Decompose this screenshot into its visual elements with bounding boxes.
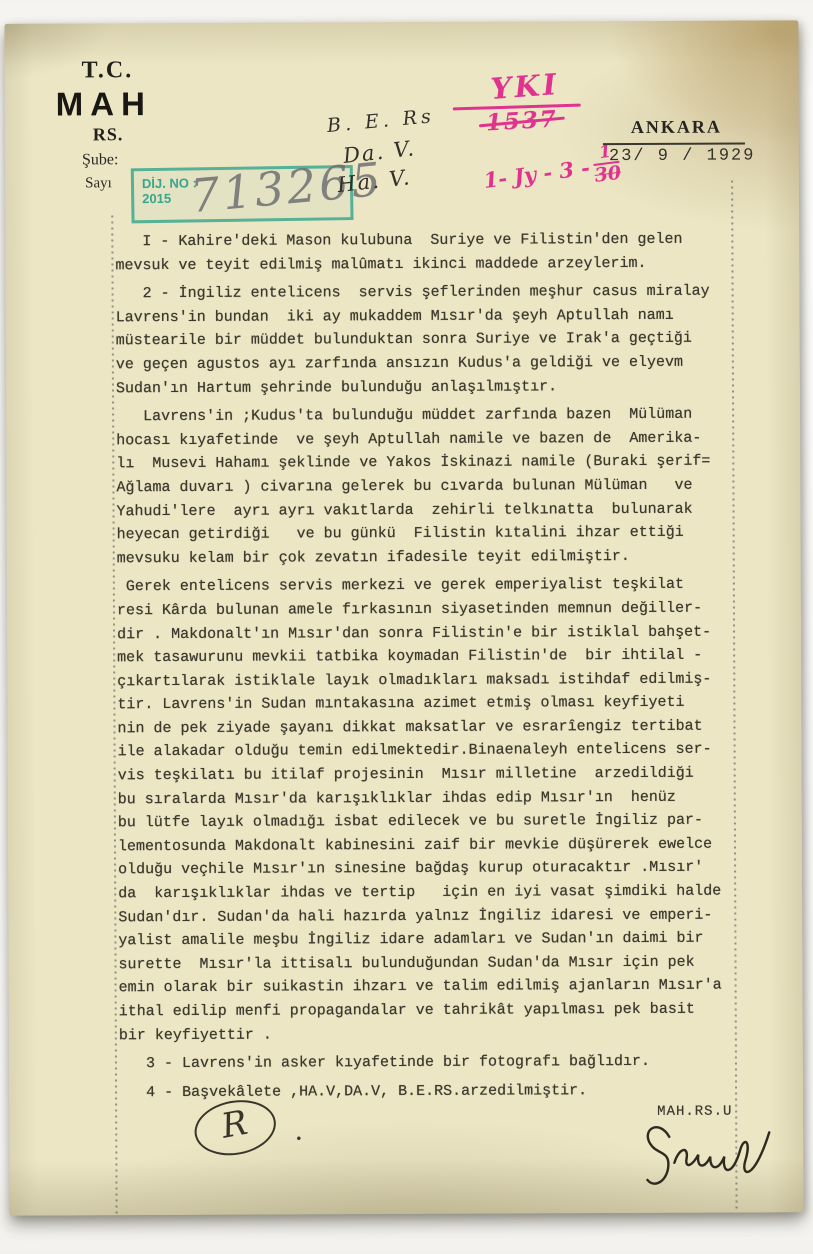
typed-line: Sudan'dır. Sudan'da hali hazırda yalnız … xyxy=(118,903,750,929)
sayi-label: Sayı xyxy=(85,175,112,192)
city-name: ANKARA xyxy=(631,117,722,138)
typed-line: ve geçen agustos ayı zarfında ansızın Ku… xyxy=(116,350,748,376)
typed-line: heyecan getirdiği ve bu günkü Filistin k… xyxy=(117,521,749,547)
typed-line: dir . Makdonalt'ın Mısır'dan sonra Filis… xyxy=(117,620,749,646)
typed-line: mevsuk ve teyit edilmiş malûmatı ikinci … xyxy=(115,251,747,277)
typed-line: da karışıklıklar ihdas ve tertip için en… xyxy=(118,880,750,906)
paraph-dot: . xyxy=(291,1113,304,1148)
typed-line: olduğu veçhile Mısır'ın sinesine bağdaş … xyxy=(118,856,750,882)
typed-line: lementosunda Makdonalt kabinesini zaif b… xyxy=(118,832,750,858)
city-rule xyxy=(603,143,745,146)
handwritten-signature xyxy=(637,1116,787,1197)
typed-line: yalist amalile meşbu İngiliz idare adaml… xyxy=(118,927,750,953)
typed-line: mek tasawurunu mevkii tatbika koymadan F… xyxy=(117,644,749,670)
typed-line: hocası kıyafetinde ve şeyh Aptullah nami… xyxy=(116,426,748,452)
typed-line: 3 - Lavrens'in asker kıyafetinde bir fot… xyxy=(119,1050,751,1076)
typed-line: müstearile bir müddet bulunduktan sonra … xyxy=(116,327,748,353)
body-lines: I - Kahire'deki Mason kulubuna Suriye ve… xyxy=(115,222,751,1104)
letterhead-tc: T.C. xyxy=(82,57,134,84)
stamp-year: 2015 xyxy=(142,191,171,206)
pink-reference: 1- Jy - 3 -130 xyxy=(481,143,622,200)
paraph-initial: R xyxy=(218,1103,250,1147)
typed-line: bir keyfiyettir . xyxy=(119,1021,751,1047)
typed-line: tir. Lavrens'in Sudan mıntakasına azimet… xyxy=(117,691,749,717)
typed-line: Sudan'ın Hartum şehrinde bulunduğu anlaş… xyxy=(116,374,748,400)
typed-line: resi Kârda bulunan amele fırkasının siya… xyxy=(117,596,749,622)
typed-line: surette Mısır'la ittisalı bulunduğundan … xyxy=(118,950,750,976)
typed-line: ile alakadar olduğu temin edilmektedir.B… xyxy=(118,738,750,764)
typed-line: Ağlama duvarı ) civarına gelerek bu cıva… xyxy=(116,473,748,499)
typed-line: emin olarak bir suikastin ihzarı ve tali… xyxy=(119,974,751,1000)
typed-line: çıkartılarak istiklale layık olmadıkları… xyxy=(117,667,749,693)
typed-line: 4 - Başvekâlete ,HA.V,DA.V, B.E.RS.arzed… xyxy=(119,1078,751,1104)
typed-line: lı Musevi Hahamı şeklinde ve Yakos İskin… xyxy=(116,450,748,476)
pink-reference-prefix: 1- Jy - 3 - xyxy=(482,155,591,193)
typed-line: mevsuku kelam bir çok zevatın ifadesile … xyxy=(117,544,749,570)
typed-line: bu sıralarda Mısır'da karışıklıklar ihda… xyxy=(118,785,750,811)
typed-line: ithal edilip menfi propagandalar ve tahr… xyxy=(119,997,751,1023)
typed-line: nin de pek ziyade şayanı dikkat maksatla… xyxy=(117,714,749,740)
routing-note-bers: B. E. Rs xyxy=(326,105,436,137)
letterhead-rs: RS. xyxy=(93,124,124,145)
typed-line: vis teşkilatı bu itilaf projesinin Mısır… xyxy=(118,762,750,788)
routing-note-dav: Da. V. xyxy=(342,136,417,168)
typed-line: Lavrens'in ;Kudus'ta bulunduğu müddet za… xyxy=(116,403,748,429)
letterhead-org: MAH xyxy=(56,85,152,123)
document-date: 23/ 9 / 1929 xyxy=(609,146,756,166)
typed-line: Gerek entelicens servis merkezi ve gerek… xyxy=(117,573,749,599)
fraction-denominator: 30 xyxy=(593,163,622,186)
typed-line: I - Kahire'deki Mason kulubuna Suriye ve… xyxy=(115,227,747,253)
typed-line: bu lütfe layık olmadığı isbat edilecek v… xyxy=(118,809,750,835)
typed-line: Lavrens'in bundan iki ay mukaddem Mısır'… xyxy=(116,303,748,329)
document-page: T.C. MAH RS. Şube: Sayı DİJ. NO : 2015 7… xyxy=(4,20,803,1215)
pink-code: YKI xyxy=(490,67,561,106)
sube-label: Şube: xyxy=(82,151,119,169)
typed-line: Yahudi'lere ayrı ayrı vakıtlarda zehirli… xyxy=(116,497,748,523)
typed-line: 2 - İngiliz entelicens servis şeflerinde… xyxy=(116,280,748,306)
